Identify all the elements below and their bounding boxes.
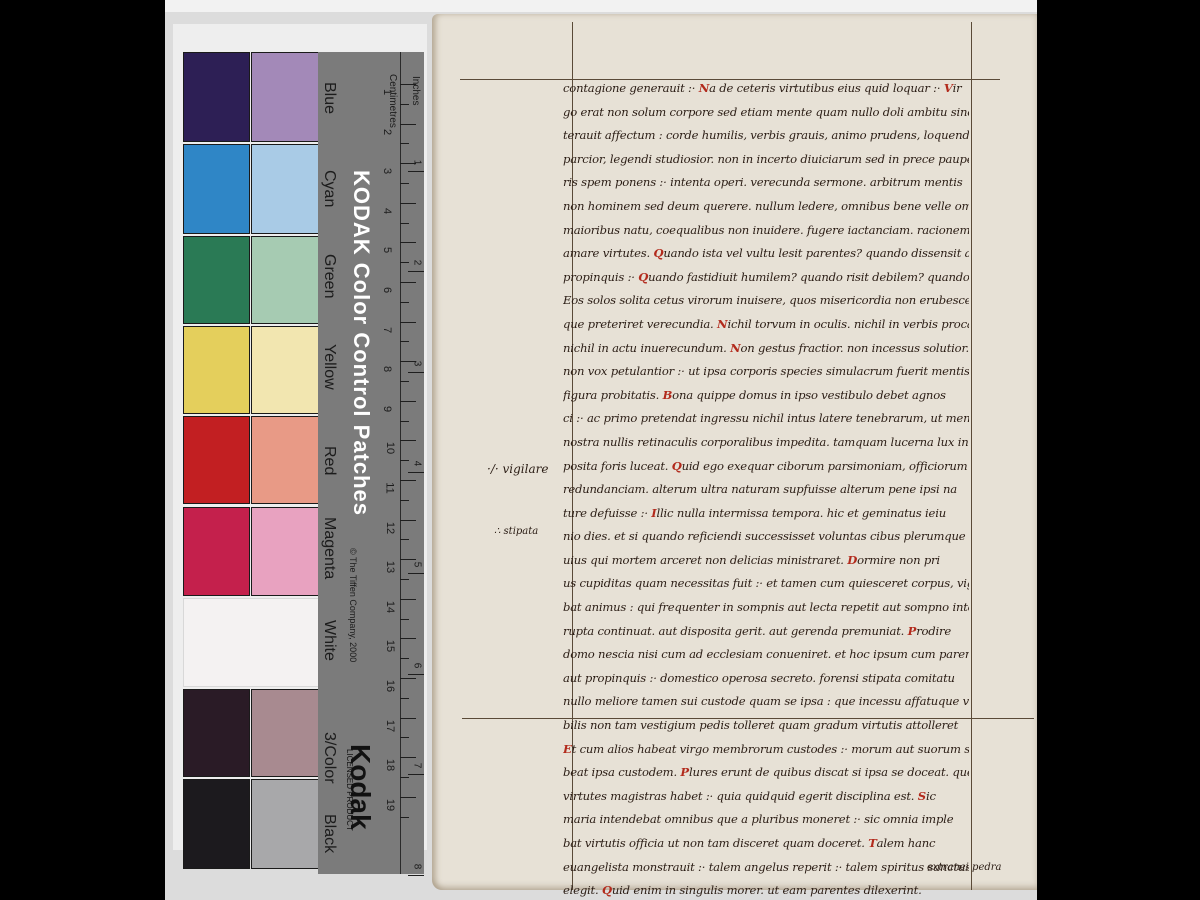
- cm-tick: [400, 480, 416, 481]
- line-text: figura probitatis.: [563, 388, 663, 402]
- line-text: nio dies. et si quando reficiendi succes…: [563, 529, 969, 543]
- manuscript-line: beat ipsa custodem. Plures erunt de quib…: [563, 761, 969, 785]
- line-text: ture defuisse :·: [563, 506, 651, 520]
- line-text: uid ego exequar ciborum parsimoniam, off…: [682, 459, 968, 473]
- label-blue: Blue: [320, 82, 338, 114]
- line-text: ir: [953, 81, 962, 95]
- patch-row-magenta: [183, 507, 321, 596]
- manuscript-line: go erat non solum corpore sed etiam ment…: [563, 101, 969, 125]
- ruler: 1234567891011121314151617181912345678: [398, 52, 424, 874]
- label-yellow: Yellow: [320, 344, 338, 390]
- patch-green-light: [251, 236, 320, 324]
- manuscript-line: que preteriret verecundia. Nichil torvum…: [563, 313, 969, 337]
- cm-half-tick: [400, 381, 409, 382]
- manuscript-line: nullo meliore tamen sui custode quam se …: [563, 690, 969, 714]
- rubricated-initial: T: [868, 836, 876, 850]
- line-text: llic nulla intermissa tempora. hic et ge…: [657, 506, 946, 520]
- label-cyan: Cyan: [320, 170, 338, 207]
- cm-number: 7: [381, 327, 393, 333]
- line-text: bat animus : qui frequenter in sompnis a…: [563, 600, 969, 614]
- cm-number: 12: [384, 521, 396, 533]
- line-text: nostra nullis retinaculis corporalibus i…: [563, 435, 969, 449]
- rubricated-initial: N: [717, 317, 727, 331]
- inch-tick: [408, 171, 424, 172]
- manuscript-line: ci :· ac primo pretendat ingressu nichil…: [563, 407, 969, 431]
- line-text: virtutes magistras habet :· quia quidqui…: [563, 789, 918, 803]
- patch-cyan-light: [251, 144, 320, 234]
- line-text: beat ipsa custodem.: [563, 765, 680, 779]
- patch-3color-light: [251, 689, 320, 777]
- line-text: nullo meliore tamen sui custode quam se …: [563, 694, 969, 708]
- cm-number: 15: [384, 640, 396, 652]
- line-text: ris spem ponens :· intenta operi. verecu…: [563, 175, 962, 189]
- line-text: contagione generauit :·: [563, 81, 699, 95]
- line-text: on gestus fractior. non incessus solutio…: [741, 341, 969, 355]
- kodak-color-card: Blue Cyan Green Yellow Red Magenta White…: [173, 24, 427, 850]
- patch-row-red: [183, 416, 321, 504]
- patch-red-light: [251, 416, 320, 504]
- line-text: uid enim in singulis morer. ut eam paren…: [612, 883, 922, 897]
- inch-number: 8: [411, 864, 422, 870]
- cm-number: 1: [381, 89, 393, 95]
- cm-number: 4: [381, 208, 393, 214]
- cm-half-tick: [400, 143, 409, 144]
- manuscript-line: bilis non tam vestigium pedis tolleret q…: [563, 714, 969, 738]
- label-red: Red: [320, 446, 338, 475]
- manuscript-line: domo nescia nisi cum ad ecclesiam conuen…: [563, 643, 969, 667]
- manuscript-line: bat virtutis officia ut non tam disceret…: [563, 832, 969, 856]
- cm-half-tick: [400, 341, 409, 342]
- label-3color: 3/Color: [320, 732, 338, 784]
- cm-half-tick: [400, 619, 409, 620]
- scan-top-edge: [165, 0, 1037, 12]
- card-title: KODAK Color Control Patches: [348, 170, 374, 516]
- manuscript-line: bat animus : qui frequenter in sompnis a…: [563, 596, 969, 620]
- line-text: propinquis :·: [563, 270, 638, 284]
- rubricated-initial: Q: [602, 883, 612, 897]
- line-text: lures erunt de quibus discat si ipsa se …: [689, 765, 969, 779]
- manuscript-line: propinquis :· Quando fastidiuit humilem?…: [563, 266, 969, 290]
- line-text: maria intendebat omnibus que a pluribus …: [563, 812, 953, 826]
- line-text: posita foris luceat.: [563, 459, 672, 473]
- inch-number: 4: [411, 461, 422, 467]
- patch-row-3color: [183, 689, 321, 777]
- inch-tick: [408, 875, 424, 876]
- rubricated-initial: N: [730, 341, 740, 355]
- line-text: rupta continuat. aut disposita gerit. au…: [563, 624, 908, 638]
- rubricated-initial: D: [847, 553, 857, 567]
- patch-red-dark: [183, 416, 250, 504]
- inch-number: 7: [411, 763, 422, 769]
- label-magenta: Magenta: [320, 517, 338, 579]
- cm-tick: [400, 84, 416, 85]
- inch-number: 6: [411, 662, 422, 668]
- rubricated-initial: Q: [653, 246, 663, 260]
- line-text: ichil torvum in oculis. nichil in verbis…: [727, 317, 969, 331]
- manuscript-line: nostra nullis retinaculis corporalibus i…: [563, 431, 969, 455]
- cm-tick: [400, 559, 416, 560]
- manuscript-line: virtutes magistras habet :· quia quidqui…: [563, 785, 969, 809]
- line-text: uando fastidiuit humilem? quando risit d…: [648, 270, 969, 284]
- cm-number: 19: [384, 799, 396, 811]
- manuscript-line: figura probitatis. Bona quippe domus in …: [563, 384, 969, 408]
- cm-half-tick: [400, 737, 409, 738]
- line-text: parcior, legendi studiosior. non in ince…: [563, 152, 969, 166]
- inch-tick: [408, 372, 424, 373]
- manuscript-line: terauit affectum : corde humilis, verbis…: [563, 124, 969, 148]
- cm-number: 18: [384, 759, 396, 771]
- patch-yellow-dark: [183, 326, 250, 414]
- patch-yellow-light: [251, 326, 320, 414]
- patch-blue-dark: [183, 52, 250, 142]
- patch-row-black: [183, 779, 321, 869]
- rubricated-initial: Q: [638, 270, 648, 284]
- inch-tick: [408, 774, 424, 775]
- patch-black-dark: [183, 779, 250, 869]
- line-text: aut propinquis :· domestico operosa secr…: [563, 671, 955, 685]
- cm-half-tick: [400, 460, 409, 461]
- cm-half-tick: [400, 262, 409, 263]
- manuscript-line: uius qui mortem arceret non delicias min…: [563, 549, 969, 573]
- label-green: Green: [320, 254, 338, 298]
- cm-half-tick: [400, 421, 409, 422]
- manuscript-line: non hominem sed deum querere. nullum led…: [563, 195, 969, 219]
- cm-number: 2: [381, 129, 393, 135]
- line-text: amare virtutes.: [563, 246, 653, 260]
- manuscript-page: contagione generauit :· Na de ceteris vi…: [432, 14, 1037, 890]
- right-ruling-line: [971, 22, 972, 890]
- cm-number: 13: [384, 561, 396, 573]
- line-text: terauit affectum : corde humilis, verbis…: [563, 128, 969, 142]
- line-text: us cupiditas quam necessitas fuit :· et …: [563, 576, 969, 590]
- line-text: uando ista vel vultu lesit parentes? qua…: [663, 246, 969, 260]
- line-text: a de ceteris virtutibus eius quid loquar…: [709, 81, 944, 95]
- cm-half-tick: [400, 104, 409, 105]
- line-text: euangelista monstrauit :· talem angelus …: [563, 860, 969, 874]
- manuscript-line: elegit. Quid enim in singulis morer. ut …: [563, 879, 969, 900]
- manuscript-line: non vox petulantior :· ut ipsa corporis …: [563, 360, 969, 384]
- rubricated-initial: N: [699, 81, 709, 95]
- card-copyright: © The Tiffen Company, 2000: [348, 548, 358, 662]
- ruler-edge: [400, 52, 401, 874]
- patch-magenta-dark: [183, 507, 250, 596]
- line-text: que preteriret verecundia.: [563, 317, 717, 331]
- rubricated-initial: S: [918, 789, 926, 803]
- cm-half-tick: [400, 500, 409, 501]
- rubricated-initial: E: [563, 742, 572, 756]
- cm-tick: [400, 322, 416, 323]
- manuscript-line: nio dies. et si quando reficiendi succes…: [563, 525, 969, 549]
- manuscript-line: posita foris luceat. Quid ego exequar ci…: [563, 455, 969, 479]
- cm-tick: [400, 124, 416, 125]
- ruler-centimetres-label: Centimetres: [387, 74, 398, 128]
- label-black: Black: [320, 814, 338, 853]
- manuscript-line: maioribus natu, coequalibus non inuidere…: [563, 219, 969, 243]
- cm-number: 14: [384, 601, 396, 613]
- cm-tick: [400, 282, 416, 283]
- cm-half-tick: [400, 223, 409, 224]
- patch-black-light: [251, 779, 320, 869]
- inch-tick: [408, 674, 424, 675]
- patch-white: [183, 598, 320, 687]
- inch-number: 1: [411, 159, 422, 165]
- manuscript-line: Et cum alios habeat virgo membrorum cust…: [563, 738, 969, 762]
- cm-tick: [400, 718, 416, 719]
- line-text: uius qui mortem arceret non delicias min…: [563, 553, 847, 567]
- patch-row-cyan: [183, 144, 321, 234]
- line-text: ci :· ac primo pretendat ingressu nichil…: [563, 411, 969, 425]
- cm-half-tick: [400, 777, 409, 778]
- rubricated-initial: B: [663, 388, 673, 402]
- cm-half-tick: [400, 698, 409, 699]
- manuscript-text: contagione generauit :· Na de ceteris vi…: [563, 77, 969, 900]
- cm-tick: [400, 599, 416, 600]
- line-text: maioribus natu, coequalibus non inuidere…: [563, 223, 969, 237]
- cm-half-tick: [400, 658, 409, 659]
- patch-green-dark: [183, 236, 250, 324]
- line-text: non vox petulantior :· ut ipsa corporis …: [563, 364, 969, 378]
- cm-number: 8: [381, 366, 393, 372]
- cm-tick: [400, 678, 416, 679]
- cm-number: 6: [381, 287, 393, 293]
- cm-half-tick: [400, 579, 409, 580]
- rubricated-initial: P: [908, 624, 917, 638]
- inch-tick: [408, 573, 424, 574]
- patch-row-green: [183, 236, 321, 324]
- patch-row-white: [183, 598, 321, 687]
- manuscript-line: Eos solos solita cetus virorum inuisere,…: [563, 289, 969, 313]
- patch-row-yellow: [183, 326, 321, 414]
- cm-half-tick: [400, 817, 409, 818]
- manuscript-line: nichil in actu inuerecundum. Non gestus …: [563, 337, 969, 361]
- patch-magenta-light: [251, 507, 320, 596]
- rubricated-initial: Q: [672, 459, 682, 473]
- licensed-product: LICENSED PRODUCT: [345, 749, 354, 831]
- cm-tick: [400, 440, 416, 441]
- patch-row-blue: [183, 52, 321, 142]
- cm-tick: [400, 757, 416, 758]
- line-text: alem hanc: [877, 836, 936, 850]
- cm-number: 16: [384, 680, 396, 692]
- line-text: domo nescia nisi cum ad ecclesiam conuen…: [563, 647, 969, 661]
- cm-half-tick: [400, 183, 409, 184]
- patch-blue-light: [251, 52, 320, 142]
- manuscript-line: aut propinquis :· domestico operosa secr…: [563, 667, 969, 691]
- cm-tick: [400, 520, 416, 521]
- patch-cyan-dark: [183, 144, 250, 234]
- line-text: nichil in actu inuerecundum.: [563, 341, 730, 355]
- line-text: ona quippe domus in ipso vestibulo debet…: [672, 388, 946, 402]
- rubricated-initial: P: [680, 765, 689, 779]
- marginal-gloss-vigilare: ·/· vigilare: [487, 462, 548, 476]
- manuscript-line: amare virtutes. Quando ista vel vultu le…: [563, 242, 969, 266]
- line-text: Eos solos solita cetus virorum inuisere,…: [563, 293, 969, 307]
- line-text: redundanciam. alterum ultra naturam supf…: [563, 482, 957, 496]
- manuscript-line: contagione generauit :· Na de ceteris vi…: [563, 77, 969, 101]
- inch-number: 3: [411, 361, 422, 367]
- line-text: elegit.: [563, 883, 602, 897]
- line-text: non hominem sed deum querere. nullum led…: [563, 199, 969, 213]
- manuscript-line: rupta continuat. aut disposita gerit. au…: [563, 620, 969, 644]
- cm-tick: [400, 203, 416, 204]
- manuscript-line: maria intendebat omnibus que a pluribus …: [563, 808, 969, 832]
- inch-number: 5: [411, 562, 422, 568]
- cm-tick: [400, 638, 416, 639]
- marginal-gloss-stipata: ∴ stipata: [494, 526, 538, 537]
- cm-half-tick: [400, 302, 409, 303]
- manuscript-line: euangelista monstrauit :· talem angelus …: [563, 856, 969, 880]
- rubricated-initial: V: [944, 81, 953, 95]
- line-text: t cum alios habeat virgo membrorum custo…: [572, 742, 969, 756]
- cm-number: 9: [381, 406, 393, 412]
- cm-number: 3: [381, 168, 393, 174]
- cm-number: 5: [381, 247, 393, 253]
- manuscript-line: us cupiditas quam necessitas fuit :· et …: [563, 572, 969, 596]
- inch-tick: [408, 271, 424, 272]
- line-text: go erat non solum corpore sed etiam ment…: [563, 105, 969, 119]
- line-text: ormire non pri: [857, 553, 940, 567]
- line-text: bilis non tam vestigium pedis tolleret q…: [563, 718, 958, 732]
- cm-tick: [400, 401, 416, 402]
- inch-number: 2: [411, 260, 422, 266]
- line-text: rodire: [916, 624, 951, 638]
- cm-tick: [400, 797, 416, 798]
- manuscript-line: ris spem ponens :· intenta operi. verecu…: [563, 171, 969, 195]
- cm-half-tick: [400, 539, 409, 540]
- catchword: extranei pedra: [927, 862, 1002, 873]
- manuscript-line: parcior, legendi studiosior. non in ince…: [563, 148, 969, 172]
- patch-3color-dark: [183, 689, 250, 777]
- manuscript-line: redundanciam. alterum ultra naturam supf…: [563, 478, 969, 502]
- label-white: White: [320, 620, 338, 661]
- cm-number: 10: [384, 442, 396, 454]
- cm-number: 17: [384, 719, 396, 731]
- label-strip: Blue Cyan Green Yellow Red Magenta White…: [318, 52, 424, 874]
- cm-number: 11: [384, 482, 396, 493]
- cm-tick: [400, 242, 416, 243]
- line-text: ic: [926, 789, 936, 803]
- inch-tick: [408, 472, 424, 473]
- scan-background: Blue Cyan Green Yellow Red Magenta White…: [165, 0, 1037, 900]
- line-text: bat virtutis officia ut non tam disceret…: [563, 836, 868, 850]
- manuscript-line: ture defuisse :· Illic nulla intermissa …: [563, 502, 969, 526]
